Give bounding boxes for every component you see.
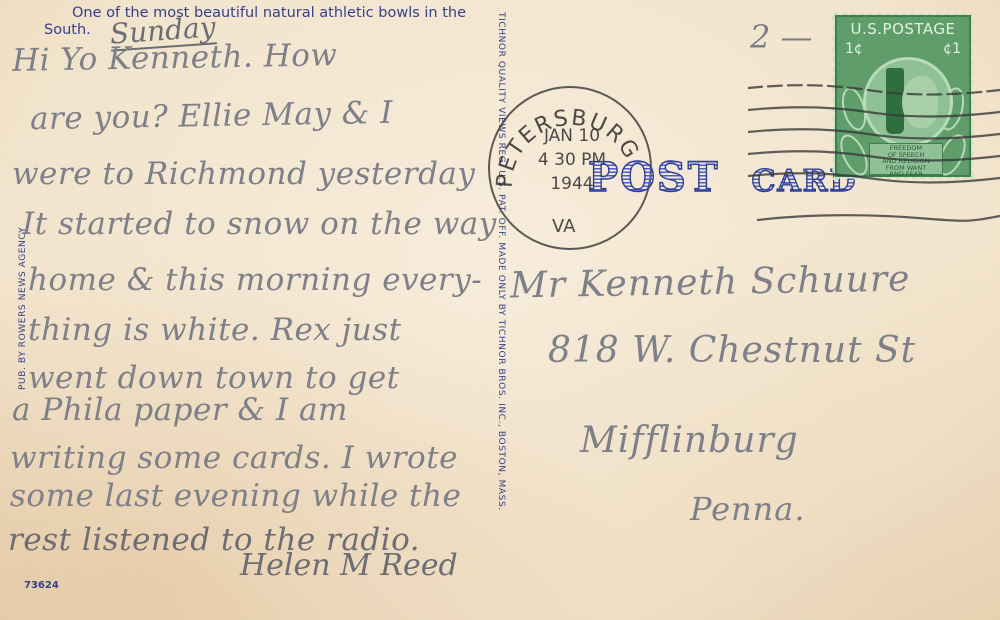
handwritten-quantity-mark: 2 — [750,18,813,56]
address-city: Mifflinburg [580,420,799,461]
card-number: 73624 [24,580,59,591]
address-state: Penna. [690,490,806,528]
message-line: writing some cards. I wrote [10,440,458,476]
message-line: thing is white. Rex just [28,312,402,348]
signature: Helen M Reed [240,548,458,583]
stamp-denomination-left: 1¢ [845,41,863,57]
postmark-date: JAN 10 [532,124,612,148]
stamp-title: U.S.POSTAGE [837,20,969,38]
cancellation-lines [748,80,1000,230]
title-word-post: POST [588,154,720,201]
postmark-state: VA [552,216,575,237]
address-name: Mr Kenneth Schuure [510,259,911,307]
message-line: went down town to get [28,360,400,396]
message-line: some last evening while the [10,478,461,514]
message-line: a Phila paper & I am [12,392,348,428]
message-line: home & this morning every- [28,262,482,298]
message-line: Hi Yo Kenneth. How [12,37,338,79]
message-line: It started to snow on the way [22,206,497,242]
message-line: are you? Ellie May & I [30,95,394,137]
message-line: were to Richmond yesterday [12,156,475,192]
stamp-denomination-right: ¢1 [943,41,961,57]
address-street: 818 W. Chestnut St [548,330,916,371]
postcard-back: One of the most beautiful natural athlet… [0,0,1000,620]
